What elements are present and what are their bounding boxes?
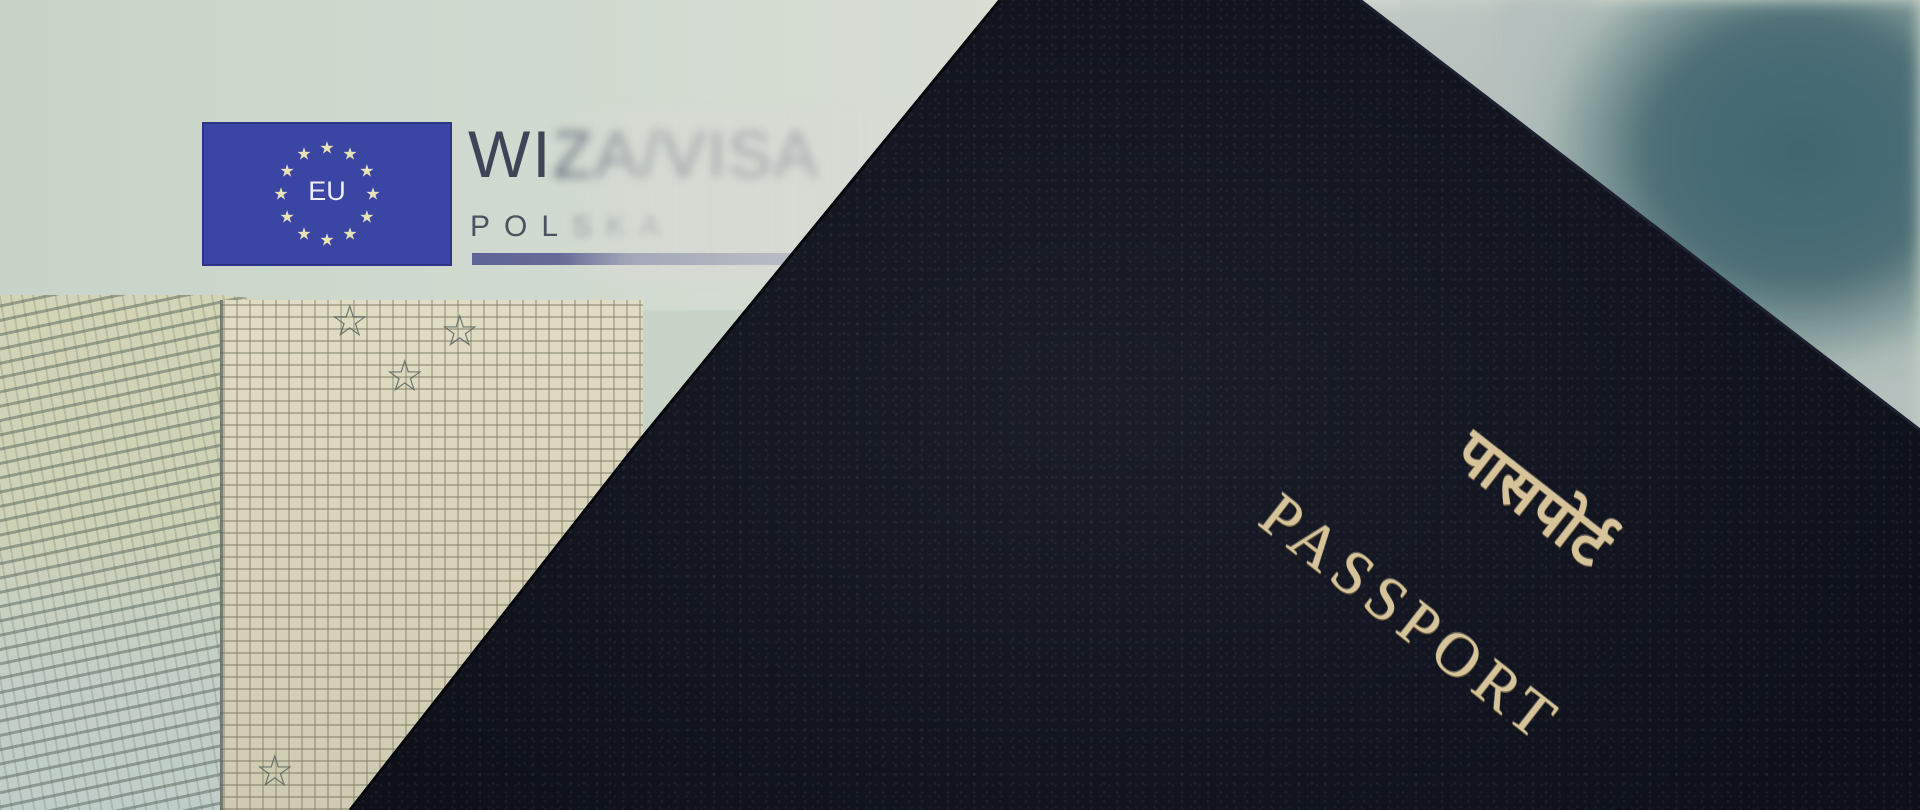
visa-country-visible: POL — [470, 210, 572, 243]
eu-star-icon: ★ — [296, 225, 311, 242]
eu-star-icon: ★ — [342, 225, 357, 242]
eu-star-icon: ★ — [280, 209, 295, 226]
star-outline-icon: ☆ — [385, 355, 424, 399]
eu-flag-label: EU — [204, 176, 450, 207]
eu-star-icon: ★ — [296, 146, 311, 163]
eu-star-icon: ★ — [319, 140, 334, 157]
star-outline-icon: ☆ — [255, 750, 294, 794]
eu-flag: ★★★★★★★★★★★★ EU — [202, 122, 452, 266]
photo-scene: ☆ ☆ ☆ ☆ ★★★★★★★★★★★★ EU WIZA/VISA POLSKA… — [0, 0, 1920, 810]
eu-star-icon: ★ — [359, 209, 374, 226]
eu-star-icon: ★ — [342, 146, 357, 163]
star-outline-icon: ☆ — [440, 310, 479, 354]
star-outline-icon: ☆ — [330, 300, 369, 344]
eu-star-icon: ★ — [319, 232, 334, 249]
visa-title-visible: WI — [468, 117, 553, 191]
